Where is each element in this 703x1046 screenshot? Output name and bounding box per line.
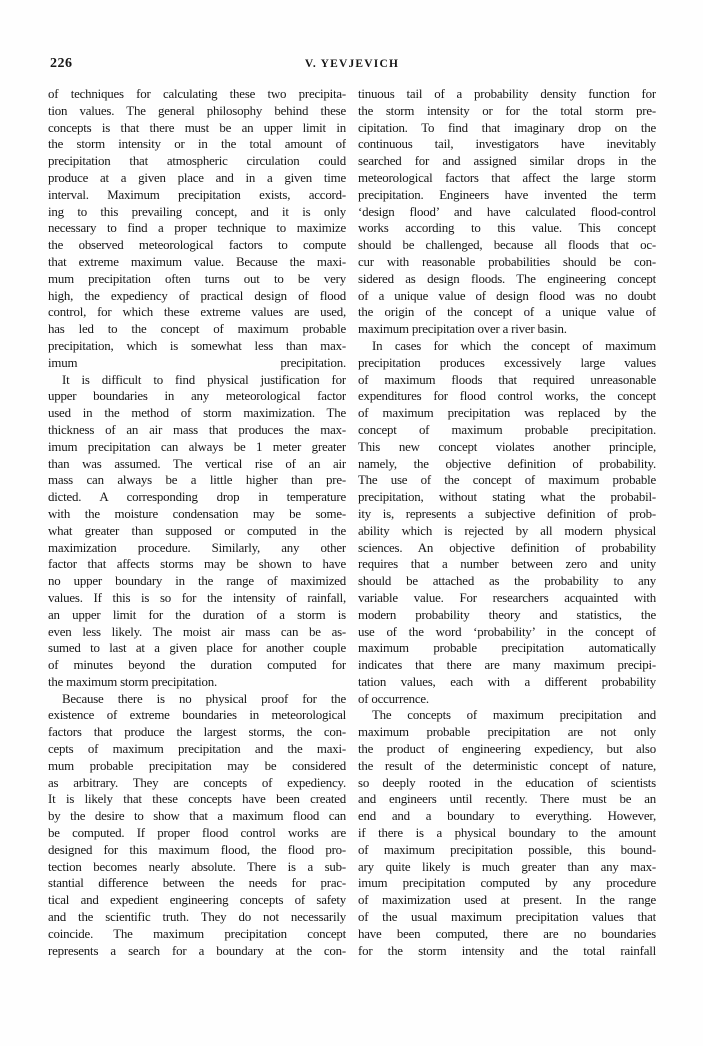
column-left: of techniques for calculating these two … xyxy=(48,86,346,959)
text-line: of maximization used at present. In the … xyxy=(358,892,656,909)
text-line: represents a search for a boundary at th… xyxy=(48,943,346,960)
text-line: by the desire to show that a maximum flo… xyxy=(48,808,346,825)
text-line: tion values. The general philosophy behi… xyxy=(48,103,346,120)
text-line: tection becomes nearly absolute. There i… xyxy=(48,859,346,876)
text-line: used in the method of storm maximization… xyxy=(48,405,346,422)
text-line: maximum probable precipitation automatic… xyxy=(358,640,656,657)
text-line: and engineers until recently. There must… xyxy=(358,791,656,808)
text-line: mum probable precipitation may be consid… xyxy=(48,758,346,775)
text-line: concept of maximum probable precipitatio… xyxy=(358,422,656,439)
text-line: should be challenged, because all floods… xyxy=(358,237,656,254)
text-line: with the moisture condensation may be so… xyxy=(48,506,346,523)
text-line: of maximum precipitation was replaced by… xyxy=(358,405,656,422)
document-page: 226 V. YEVJEVICH of techniques for calcu… xyxy=(0,0,703,1046)
text-line: precipitation. Engineers have invented t… xyxy=(358,187,656,204)
text-line: the origin of the concept of a unique va… xyxy=(358,304,656,321)
text-line: precipitation that atmospheric circulati… xyxy=(48,153,346,170)
text-line: the storm intensity or for the total sto… xyxy=(358,103,656,120)
text-line: be computed. If proper flood control wor… xyxy=(48,825,346,842)
text-line: the product of engineering expediency, b… xyxy=(358,741,656,758)
text-line: maximization procedure. Similarly, any o… xyxy=(48,540,346,557)
text-line: the storm intensity or in the total amou… xyxy=(48,136,346,153)
text-line: produce at a given place and in a given … xyxy=(48,170,346,187)
text-line: sumed to last at a given place for anoth… xyxy=(48,640,346,657)
text-line: works according to this value. This conc… xyxy=(358,220,656,237)
text-line: and the scientific truth. They do not ne… xyxy=(48,909,346,926)
text-line: cepts of maximum precipitation and the m… xyxy=(48,741,346,758)
text-line: of techniques for calculating these two … xyxy=(48,86,346,103)
text-line: even less likely. The moist air mass can… xyxy=(48,624,346,641)
text-line: requires that a number between zero and … xyxy=(358,556,656,573)
text-line: expenditures for flood control works, th… xyxy=(358,388,656,405)
text-line: high, the expediency of practical design… xyxy=(48,288,346,305)
text-line: the result of the deterministic concept … xyxy=(358,758,656,775)
text-line: precipitation, which is somewhat less th… xyxy=(48,338,346,355)
text-line: mum precipitation often turns out to be … xyxy=(48,271,346,288)
text-line: interval. Maximum precipitation exists, … xyxy=(48,187,346,204)
text-line: imum precipitation computed by any proce… xyxy=(358,875,656,892)
text-line: In cases for which the concept of maximu… xyxy=(358,338,656,355)
text-line: mass can always be a little higher than … xyxy=(48,472,346,489)
text-line: The use of the concept of maximum probab… xyxy=(358,472,656,489)
text-line: for the storm intensity and the total ra… xyxy=(358,943,656,960)
text-line: Because there is no physical proof for t… xyxy=(48,691,346,708)
text-line: dicted. A corresponding drop in temperat… xyxy=(48,489,346,506)
text-line: than was assumed. The vertical rise of a… xyxy=(48,456,346,473)
text-line: meteorological factors that affect the l… xyxy=(358,170,656,187)
text-line: of a unique value of design flood was no… xyxy=(358,288,656,305)
text-line: should be attached as the probability to… xyxy=(358,573,656,590)
text-line: of minutes beyond the duration computed … xyxy=(48,657,346,674)
text-line: continuous tail, investigators have inev… xyxy=(358,136,656,153)
text-line: factors that produce the largest storms,… xyxy=(48,724,346,741)
text-line: the maximum storm precipitation. xyxy=(48,674,346,691)
text-line: imum precipitation. xyxy=(48,355,346,372)
text-line: that extreme maximum value. Because the … xyxy=(48,254,346,271)
text-line: has led to the concept of maximum probab… xyxy=(48,321,346,338)
text-line: variable value. For researchers acquaint… xyxy=(358,590,656,607)
text-line: thickness of an air mass that produces t… xyxy=(48,422,346,439)
text-line: sidered as design floods. The engineerin… xyxy=(358,271,656,288)
text-line: factor that affects storms may be shown … xyxy=(48,556,346,573)
text-columns: of techniques for calculating these two … xyxy=(48,86,656,959)
text-line: ing to this prevailing concept, and it i… xyxy=(48,204,346,221)
text-line: designed for this maximum flood, the flo… xyxy=(48,842,346,859)
text-line: have been computed, there are no boundar… xyxy=(358,926,656,943)
text-line: precipitation, without stating what the … xyxy=(358,489,656,506)
text-line: of maximum precipitation possible, this … xyxy=(358,842,656,859)
text-line: ‘design flood’ and have calculated flood… xyxy=(358,204,656,221)
text-line: values. If this is so for the intensity … xyxy=(48,590,346,607)
text-line: maximum precipitation over a river basin… xyxy=(358,321,656,338)
text-line: what greater than supposed or computed i… xyxy=(48,523,346,540)
text-line: of maximum floods that required unreason… xyxy=(358,372,656,389)
text-line: precipitation produces excessively large… xyxy=(358,355,656,372)
text-line: coincide. The maximum precipitation conc… xyxy=(48,926,346,943)
text-line: This new concept violates another princi… xyxy=(358,439,656,456)
text-line: so deeply rooted in the education of sci… xyxy=(358,775,656,792)
text-line: necessary to find a proper technique to … xyxy=(48,220,346,237)
text-line: ity is, represents a subjective definiti… xyxy=(358,506,656,523)
text-line: an upper limit for the duration of a sto… xyxy=(48,607,346,624)
text-line: ary quite likely is much greater than an… xyxy=(358,859,656,876)
text-line: sciences. An objective definition of pro… xyxy=(358,540,656,557)
running-head: V. YEVJEVICH xyxy=(48,58,656,70)
text-line: indicates that there are many maximum pr… xyxy=(358,657,656,674)
text-line: of the usual maximum precipitation value… xyxy=(358,909,656,926)
text-line: as arbitrary. They are concepts of exped… xyxy=(48,775,346,792)
text-line: The concepts of maximum precipitation an… xyxy=(358,707,656,724)
text-line: use of the word ‘probability’ in the con… xyxy=(358,624,656,641)
text-line: existence of extreme boundaries in meteo… xyxy=(48,707,346,724)
text-line: modern probability theory and statistics… xyxy=(358,607,656,624)
text-line: tinuous tail of a probability density fu… xyxy=(358,86,656,103)
text-line: It is difficult to find physical justifi… xyxy=(48,372,346,389)
text-line: no upper boundary in the range of maximi… xyxy=(48,573,346,590)
text-line: if there is a physical boundary to the a… xyxy=(358,825,656,842)
text-line: tical and expedient engineering concepts… xyxy=(48,892,346,909)
page-header: 226 V. YEVJEVICH xyxy=(48,56,656,74)
column-right: tinuous tail of a probability density fu… xyxy=(358,86,656,959)
text-line: concepts is that there must be an upper … xyxy=(48,120,346,137)
text-line: It is likely that these concepts have be… xyxy=(48,791,346,808)
text-line: of occurrence. xyxy=(358,691,656,708)
text-line: cipitation. To find that imaginary drop … xyxy=(358,120,656,137)
text-line: cur with reasonable probabilities should… xyxy=(358,254,656,271)
text-line: searched for and assigned similar drops … xyxy=(358,153,656,170)
text-line: ability which is rejected by all modern … xyxy=(358,523,656,540)
text-line: control, for which these extreme values … xyxy=(48,304,346,321)
text-line: namely, the objective definition of prob… xyxy=(358,456,656,473)
text-line: maximum probable precipitation are not o… xyxy=(358,724,656,741)
text-line: the observed meteorological factors to c… xyxy=(48,237,346,254)
text-line: upper boundaries in any meteorological f… xyxy=(48,388,346,405)
text-line: stantial difference between the needs fo… xyxy=(48,875,346,892)
text-line: imum precipitation can always be 1 meter… xyxy=(48,439,346,456)
text-line: tation values, each with a different pro… xyxy=(358,674,656,691)
text-line: end and a boundary to everything. Howeve… xyxy=(358,808,656,825)
